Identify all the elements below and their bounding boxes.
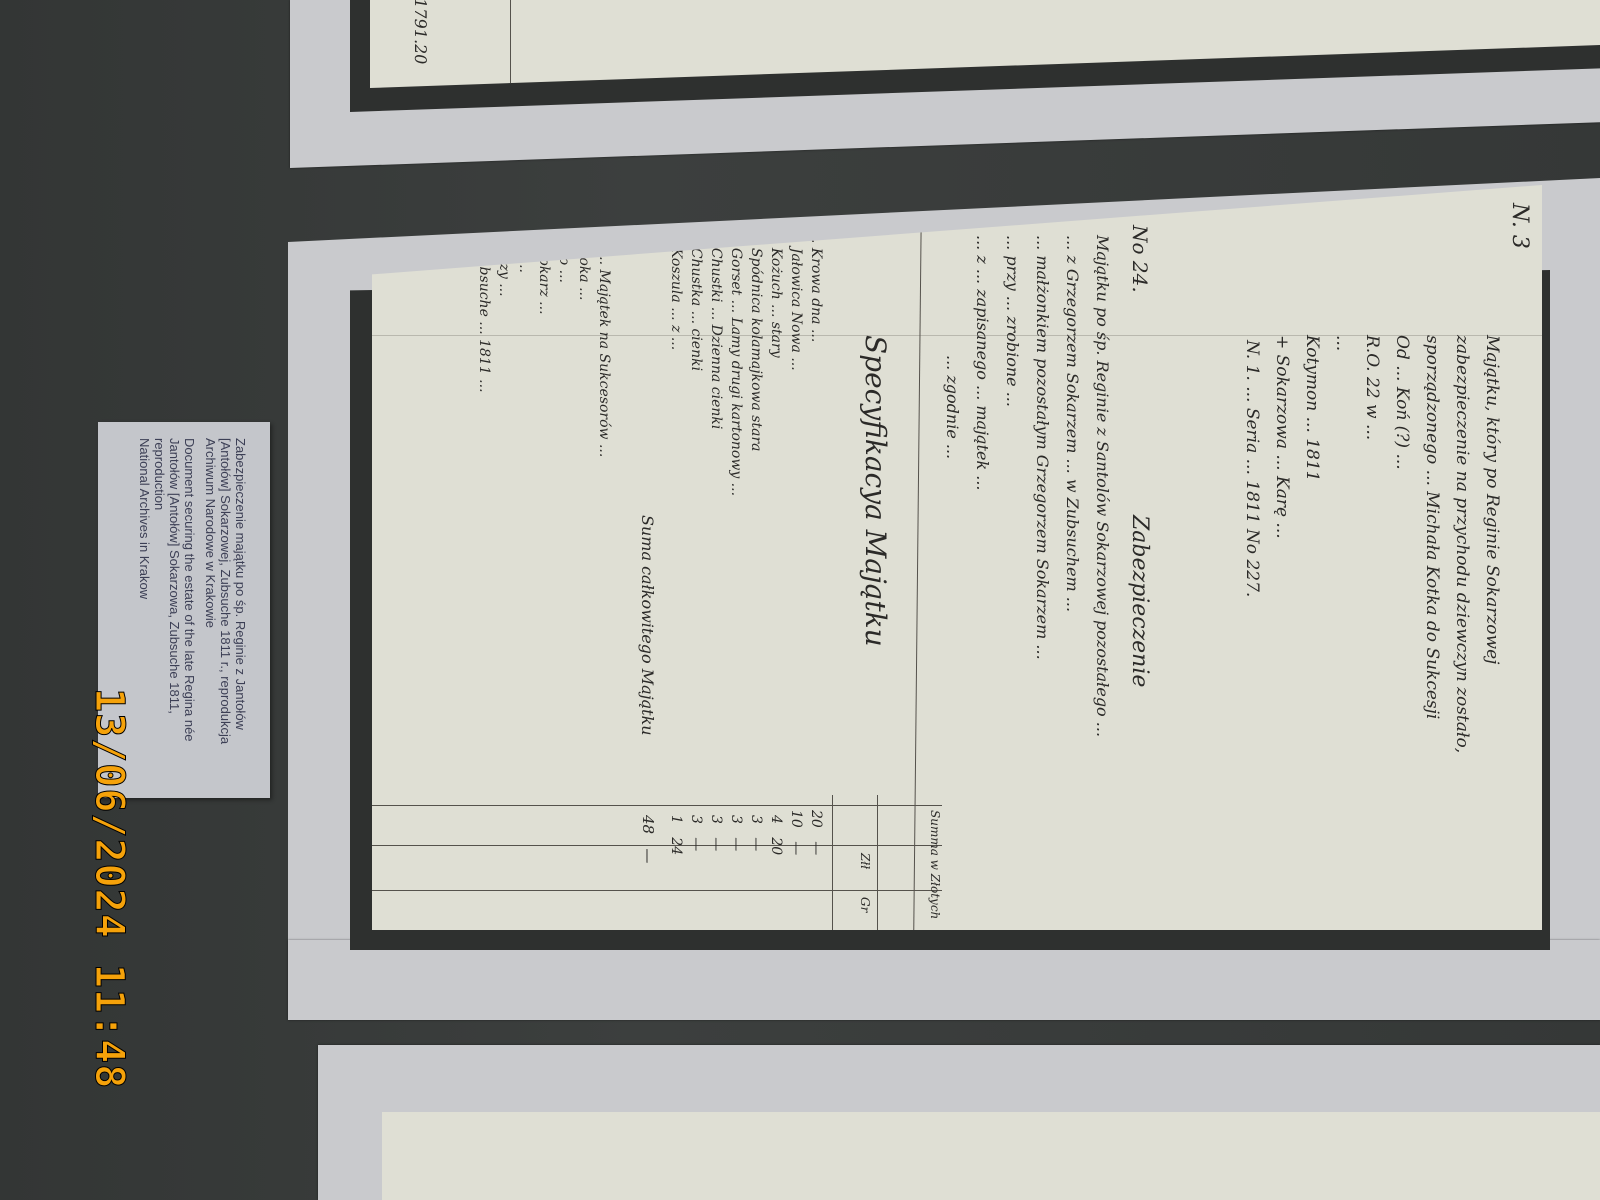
item-row: 6. Chustki ... Dzienna cienki xyxy=(708,230,724,429)
main-frame-mat-lower xyxy=(288,940,1600,1020)
header-line: R.O. 22 w ... xyxy=(1362,335,1382,440)
item-row: 4. Spódnica kolamajkowa stara xyxy=(748,230,764,452)
page-number: N. 3 xyxy=(1507,203,1532,249)
item-amount: 20 — xyxy=(808,810,824,855)
header-line: + Sokarzowa ... Karę ... xyxy=(1272,335,1292,539)
header-line: ... xyxy=(1332,335,1352,351)
heading-specyfikacya: Specyfikacya Majątku xyxy=(859,335,892,647)
body-line: ... zgodnie ... xyxy=(943,355,962,459)
header-line: Od ... Koń (?) ... xyxy=(1392,335,1412,470)
header-line: N. 1. ... Seria ... 1811 No 227. xyxy=(1242,340,1262,597)
item-amount: 10 — xyxy=(788,810,804,855)
body-line: ... przy ... zrobione ... xyxy=(1003,235,1022,407)
item-amount: 3 — xyxy=(688,815,704,851)
item-row: 2. Jałowica Nowa ... xyxy=(788,230,804,371)
item-row: 5. Gorset ... Lamy drugi kartonowy ... xyxy=(728,230,744,496)
table-header-zl: Złł xyxy=(858,853,872,869)
table-header-gr: Gr xyxy=(858,897,872,912)
item-amount: 1 24 xyxy=(668,815,684,855)
label-polish-source: Archiwum Narodowe w Krakowie xyxy=(203,438,218,628)
main-document-paper: N. 3 Majątku, który po Reginie Sokarzowe… xyxy=(372,185,1542,930)
body-line: ... małżonkiem pozostałym Grzegorzem Sok… xyxy=(1033,235,1052,660)
total-amount: 48 — xyxy=(639,815,657,863)
body-line: ... z Grzegorzem Sokarzem ... w Zubsuche… xyxy=(1063,235,1082,612)
camera-timestamp: 13/06/2024 11:48 xyxy=(86,688,132,1089)
body-line: Majątku po śp. Reginie z Santolów Sokarz… xyxy=(1093,235,1112,737)
timestamp-time: 11:48 xyxy=(86,964,132,1089)
item-row: 1. Krowa dna ... xyxy=(808,230,824,342)
item-amount: 3 — xyxy=(728,815,744,851)
table-header-value: Summa w Złotych xyxy=(928,810,942,919)
label-polish-title: Zabezpieczenie majątku po śp. Reginie z … xyxy=(218,438,248,744)
item-amount: 4 20 xyxy=(768,815,784,855)
top-document-figures: 1791.20 xyxy=(411,0,430,65)
timestamp-date: 13/06/2024 xyxy=(86,688,132,939)
item-amount: 3 — xyxy=(748,815,764,851)
bottom-document-paper xyxy=(382,1112,1600,1200)
entry-number: No 24. xyxy=(1128,225,1152,293)
item-amount: 3 — xyxy=(708,815,724,851)
label-english-type: reproduction xyxy=(152,438,167,510)
label-english-source: National Archives in Krakow xyxy=(137,438,152,599)
header-line: Majątku, który po Reginie Sokarzowej xyxy=(1482,335,1502,664)
header-line: zabezpieczenie na przychodu dziewczyn zo… xyxy=(1452,335,1472,753)
body-line: ... z ... zapisanego ... majątek ... xyxy=(973,235,992,491)
header-line: sporządzonego ... Michała Kotka do Sukce… xyxy=(1422,335,1442,719)
label-english-title: Document securing the estate of the late… xyxy=(167,438,197,742)
margin-line xyxy=(913,215,921,930)
total-label: Suma całkowitego Majątku xyxy=(638,515,657,736)
heading-zabezpieczenie: Zabezpieczenie xyxy=(1127,515,1152,687)
item-row: 7. Chustka ... cienki xyxy=(688,230,704,371)
item-row: 3. Kożuch ... stary xyxy=(768,230,784,358)
closing-line: Po ... Majątek na Sukcesorów ... xyxy=(596,230,612,457)
header-line: Kotymon ... 1811 xyxy=(1302,335,1322,482)
